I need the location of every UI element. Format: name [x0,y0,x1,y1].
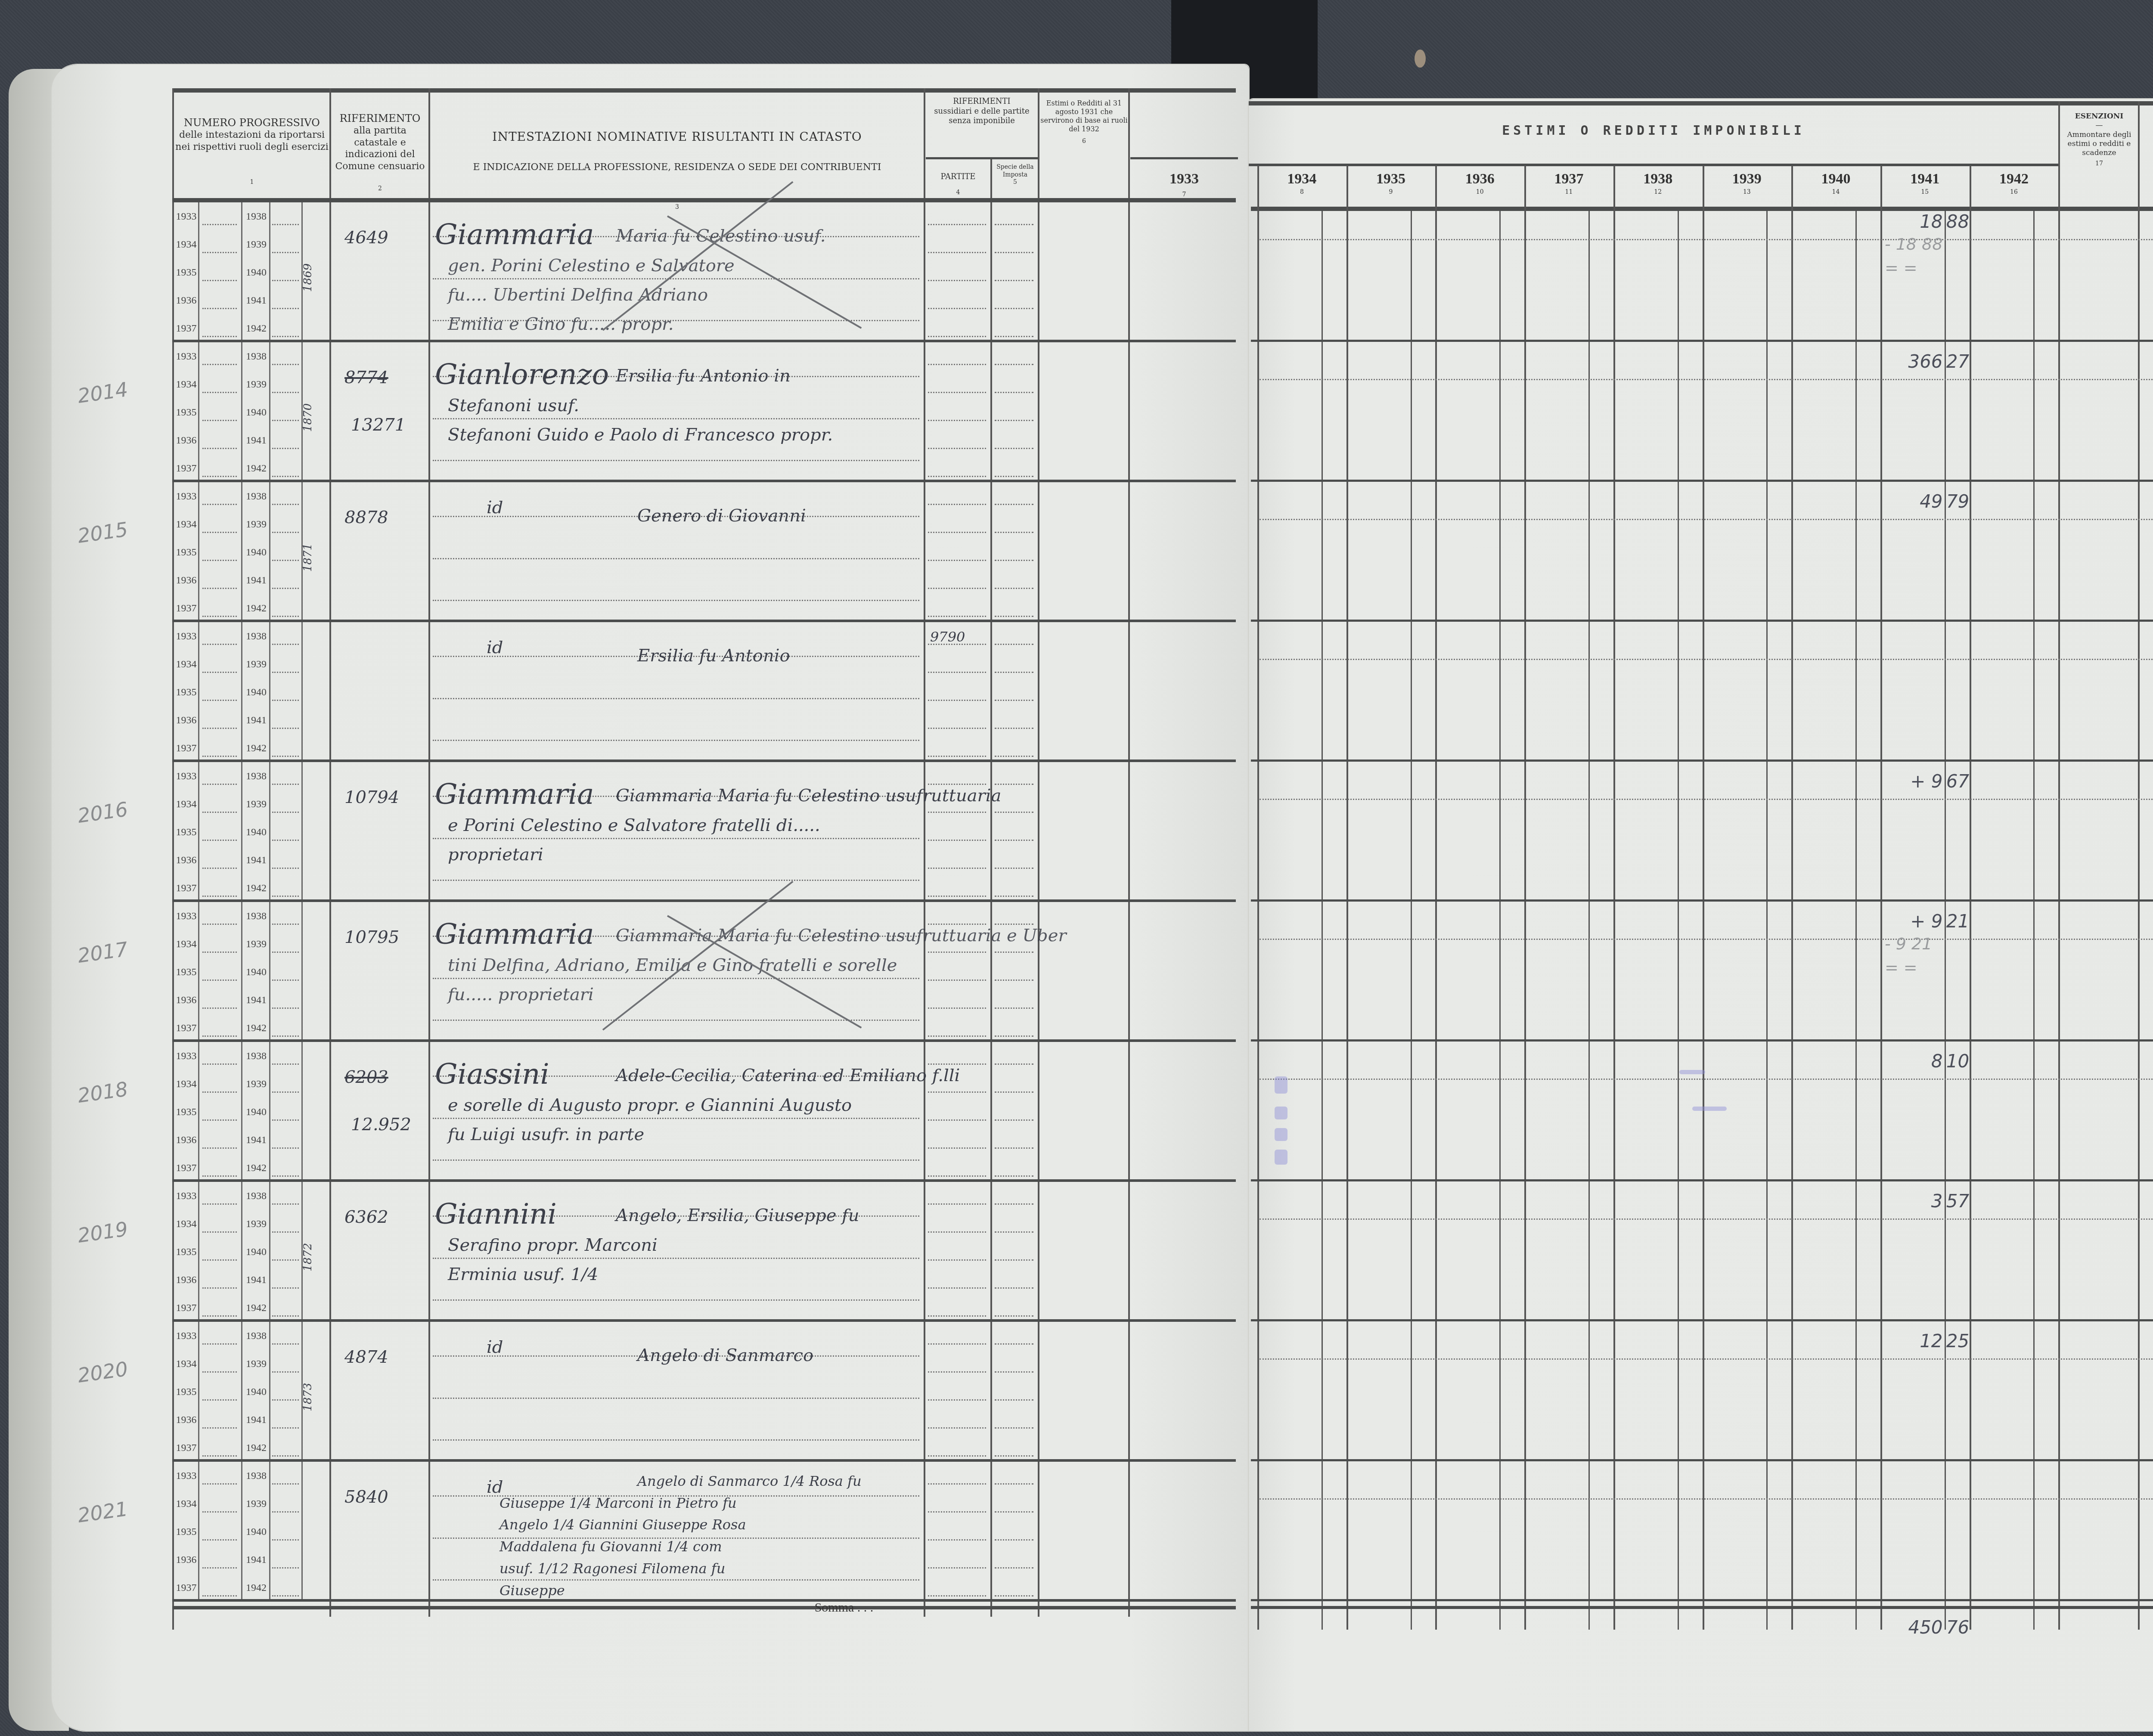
writing-line [433,838,919,839]
year-cell: 1939 [243,939,269,950]
totals-rule [1251,1606,2153,1609]
year-label: 1939 [1703,170,1792,189]
dotted-line [995,252,1033,253]
dotted-line [272,448,299,449]
dotted-line [995,784,1033,785]
year-cell: 1940 [243,1246,269,1258]
sub-rule [1130,157,1238,159]
dotted-line [928,1427,986,1429]
dotted-line [995,1063,1033,1065]
violet-ink-mark [1275,1128,1287,1141]
value-cents: 10 [1946,1051,1969,1072]
cents-divider [1678,211,1679,1630]
dotted-line [995,1119,1033,1121]
partita-reference: 4874 [344,1347,388,1367]
dotted-line [202,364,237,365]
violet-ink-mark [1679,1070,1705,1074]
dotted-line [202,1343,237,1345]
side-reference: 1870 [301,403,314,432]
cents-divider [1945,211,1946,1630]
writing-line [433,278,919,279]
dotted-line [995,1091,1033,1093]
dotted-line [202,896,237,897]
dotted-line [202,644,237,645]
partita-reference: 6203 [344,1067,388,1087]
side-reference: 1869 [301,263,314,292]
owner-detail-line: fu..... proprietari [448,985,594,1004]
row-separator [1251,480,2153,482]
writing-line [433,418,919,419]
left-border [172,88,174,1630]
dotted-line [202,1371,237,1373]
year-column-header: 19359 [1346,170,1436,196]
dotted-line [202,1287,237,1289]
year-cell: 1935 [174,687,198,698]
year-cell: 1939 [243,1218,269,1230]
dotted-line [272,1427,299,1429]
dotted-line [272,1287,299,1289]
dotted-line [928,1008,986,1009]
violet-ink-mark [1275,1107,1287,1119]
value-lire: 18 [1880,211,1943,232]
year-cell: 1941 [243,1414,269,1426]
pencil-calculation: = = [1885,258,1917,277]
dotted-line [928,532,986,533]
dotted-line [272,1371,299,1373]
row-separator [1251,1599,2153,1601]
dotted-line [202,616,237,617]
dotted-line [995,1539,1033,1541]
dotted-line [928,1315,986,1317]
side-reference: 1872 [301,1243,314,1271]
year-cell: 1936 [174,1274,198,1286]
writing-line [433,1258,919,1259]
owner-detail-line: Angelo, Ersilia, Giuseppe fu [616,1206,859,1225]
row-separator [1251,899,2153,902]
dotted-line [272,980,299,981]
dotted-line [272,1203,299,1205]
dotted-line [272,560,299,561]
dotted-line [202,280,237,281]
year-cell: 1934 [174,519,198,530]
dotted-line [202,224,237,225]
dotted-line [272,1483,299,1485]
year-cell: 1942 [243,1302,269,1314]
dotted-line [1260,519,2153,520]
year-label: 1940 [1791,170,1880,189]
value-lire: 8 [1880,1051,1943,1072]
row-separator [1251,1179,2153,1181]
year-cell: 1937 [174,1302,198,1314]
side-reference: 1871 [301,543,314,572]
total-lire: 450 [1880,1617,1943,1638]
year-cell: 1938 [243,211,269,223]
dotted-line [928,1567,986,1569]
owner-detail-line: e sorelle di Augusto propr. e Giannini A… [448,1095,852,1115]
header-riferimenti: RIFERIMENTI sussidiari e delle partite s… [926,97,1038,126]
dotted-line [272,1567,299,1569]
year-cell: 1939 [243,1079,269,1090]
entry-separator [172,480,1236,482]
dotted-line [272,280,299,281]
year-cell: 1941 [243,995,269,1006]
header-annotazioni: ANNOTAZIONI 18 [2140,146,2153,207]
col-divider [1346,166,1348,1630]
col-divider [1880,166,1882,1630]
dotted-line [928,420,986,421]
dotted-line [272,1399,299,1401]
year-cell: 1933 [174,771,198,782]
dotted-line [272,504,299,505]
year-cell: 1935 [174,1107,198,1118]
dotted-line [995,1371,1033,1373]
dotted-line [1260,659,2153,660]
dotted-line [995,588,1033,589]
year-label: 1942 [1970,170,2059,189]
year-cell: 1935 [174,547,198,558]
value-cents: 67 [1946,771,1969,792]
total-cents: 76 [1946,1617,1969,1638]
cents-divider [1766,211,1768,1630]
value-cents: 25 [1946,1330,1969,1352]
dotted-line [202,952,237,953]
dotted-line [928,504,986,505]
row-separator [1251,620,2153,622]
year-cell: 1937 [174,1023,198,1034]
header-specie-imposta: Specie della Imposta 5 [993,164,1038,186]
dotted-line [995,1147,1033,1149]
dotted-line [272,924,299,925]
dotted-line [202,784,237,785]
dotted-line [272,700,299,701]
owner-detail-line: proprietari [448,845,543,865]
dotted-line [928,336,986,337]
sub-rule [1249,164,2058,166]
year-cell: 1938 [243,1330,269,1342]
dotted-line [928,1091,986,1093]
year-cell: 1939 [243,799,269,810]
violet-ink-mark [1275,1150,1287,1165]
owner-detail-line: Maria fu Celestino usuf. [616,226,825,246]
dotted-line [202,812,237,813]
dotted-line [928,1399,986,1401]
entry-separator [172,759,1236,762]
cents-divider [1322,211,1323,1630]
dotted-line [928,476,986,477]
owner-detail-line: Emilia e Gino fu..... propr. [448,314,673,334]
dotted-line [995,1008,1033,1009]
dotted-line [202,1455,237,1457]
value-lire: 366 [1880,351,1943,372]
year-cell: 1938 [243,1470,269,1482]
dotted-line [202,252,237,253]
dotted-line [995,1399,1033,1401]
dotted-line [202,1427,237,1429]
owner-detail-line: Giuseppe [499,1582,565,1599]
column-number: 9 [1346,189,1436,196]
col-divider [1435,166,1437,1630]
year-cell: 1934 [174,659,198,670]
dotted-line [272,896,299,897]
dotted-line [928,728,986,729]
owner-detail-line: gen. Porini Celestino e Salvatore [448,256,735,276]
year-cell: 1942 [243,883,269,894]
dotted-line [272,532,299,533]
year-column-header: 194216 [1970,170,2059,196]
dotted-line [995,336,1033,337]
year-cell: 1935 [174,1246,198,1258]
year-cell: 1937 [174,323,198,335]
dotted-line [928,224,986,225]
year-cell: 1941 [243,855,269,866]
dotted-line [202,728,237,729]
col-divider [1970,166,1971,1630]
owner-detail-line: Serafino propr. Marconi [448,1235,658,1255]
year-cell: 1933 [174,1330,198,1342]
year-cell: 1936 [174,1135,198,1146]
dotted-line [272,392,299,393]
header-estimi-1931: Estimi o Redditi al 31 agosto 1931 che s… [1040,99,1128,146]
dotted-line [202,756,237,757]
cents-divider [1855,211,1857,1630]
owner-detail-line: Angelo 1/4 Giannini Giuseppe Rosa [499,1516,746,1533]
dotted-line [928,784,986,785]
value-cents: 27 [1946,351,1969,372]
somma-label: Somma . . . [775,1600,913,1616]
entry-separator [172,1319,1236,1322]
year-cell: 1935 [174,827,198,838]
dotted-line [995,1455,1033,1457]
year-label: 1935 [1346,170,1436,189]
year-cell: 1939 [243,379,269,391]
col-divider [1613,166,1615,1630]
totals-rule [172,1606,1236,1609]
dotted-line [272,1315,299,1317]
header-numero-progressivo: NUMERO PROGRESSIVO delle intestazioni da… [174,116,329,186]
owner-surname: id [487,1477,503,1497]
dotted-line [202,1091,237,1093]
owner-surname: Giannini [435,1197,557,1231]
partita-reference: 5840 [344,1487,388,1507]
header-esenzioni: ESENZIONI — Ammontare degli estimi o red… [2060,112,2138,168]
column-number: 10 [1435,189,1524,196]
right-header-bottom-rule [1251,207,2153,211]
year-cell: 1942 [243,1023,269,1034]
year-column-header: 194115 [1880,170,1970,196]
row-separator [1251,1039,2153,1042]
value-cents: 57 [1946,1190,1969,1212]
year-cell: 1936 [174,295,198,307]
owner-surname: id [487,638,503,657]
sub-rule [926,157,1038,159]
owner-detail-line: e Porini Celestino e Salvatore fratelli … [448,815,820,835]
dotted-line [928,672,986,673]
owner-detail-line: usuf. 1/12 Ragonesi Filomena fu [499,1560,725,1577]
dotted-line [1260,1079,2153,1080]
owner-surname: Giammaria [435,778,594,811]
dotted-line [995,1259,1033,1261]
partita-reference-new: 13271 [351,415,406,435]
dotted-line [202,1259,237,1261]
year-cell: 1942 [243,1442,269,1454]
entry-separator [172,620,1236,622]
year-cell: 1938 [243,491,269,502]
year-cell: 1939 [243,519,269,530]
dotted-line [928,1231,986,1233]
year-cell: 1941 [243,1554,269,1566]
owner-detail-line: Genero di Giovanni [637,506,806,526]
dotted-line [995,308,1033,309]
dotted-line [995,1287,1033,1289]
dotted-line [928,1119,986,1121]
dotted-line [202,980,237,981]
dotted-line [928,1539,986,1541]
dotted-line [202,1231,237,1233]
dotted-line [928,812,986,813]
dotted-line [995,1567,1033,1569]
col-divider [1791,166,1793,1630]
partita-reference: 6362 [344,1207,388,1227]
dotted-line [995,1035,1033,1037]
year-cell: 1933 [174,491,198,502]
dotted-line [1260,1358,2153,1360]
dotted-line [995,532,1033,533]
dotted-line [928,308,986,309]
cents-divider [1411,211,1412,1630]
value-cents: 21 [1946,911,1969,932]
violet-ink-mark [1692,1107,1727,1111]
dotted-line [202,1399,237,1401]
dotted-line [202,1175,237,1177]
dotted-line [995,280,1033,281]
year-cell: 1940 [243,687,269,698]
dotted-line [202,700,237,701]
owner-detail-line: fu Luigi usufr. in parte [448,1125,644,1144]
year-cell: 1941 [243,1274,269,1286]
dotted-line [928,1343,986,1345]
dotted-line [928,952,986,953]
dotted-line [272,1539,299,1541]
year-cell: 1940 [243,267,269,279]
entry-separator [172,1039,1236,1042]
year-cell: 1935 [174,1386,198,1398]
dotted-line [272,840,299,841]
year-column-header: 19348 [1257,170,1346,196]
dotted-line [272,1455,299,1457]
owner-surname: id [487,498,503,518]
writing-line [433,1439,919,1441]
writing-line [433,1398,919,1399]
year-cell: 1942 [243,323,269,335]
writing-line [433,1118,919,1119]
dotted-line [272,308,299,309]
dotted-line [995,840,1033,841]
dotted-line [202,868,237,869]
dotted-line [928,1063,986,1065]
writing-line [433,978,919,979]
dotted-line [272,812,299,813]
dotted-line [928,1035,986,1037]
dotted-line [928,1147,986,1149]
dotted-line [995,756,1033,757]
year-cell: 1936 [174,575,198,586]
year-cell: 1936 [174,1414,198,1426]
year-cell: 1940 [243,827,269,838]
dotted-line [272,224,299,225]
dotted-line [272,644,299,645]
year-cell: 1939 [243,659,269,670]
year-cell: 1934 [174,239,198,251]
year-cell: 1941 [243,435,269,446]
dotted-line [272,784,299,785]
column-number: 11 [1524,189,1613,196]
dotted-line [928,616,986,617]
year-column-header: 193913 [1703,170,1792,196]
writing-line [433,1299,919,1301]
col-divider [329,88,331,1617]
year-cell: 1934 [174,939,198,950]
dotted-line [995,924,1033,925]
year-label: 1937 [1524,170,1613,189]
dotted-line [995,952,1033,953]
dotted-line [995,364,1033,365]
row-separator [1251,759,2153,762]
dotted-line [272,728,299,729]
col-divider [2138,101,2140,1630]
dotted-line [202,448,237,449]
dotted-line [995,812,1033,813]
year-cell: 1937 [174,743,198,754]
dotted-line [272,672,299,673]
year-column-header: 193711 [1524,170,1613,196]
dotted-line [272,1231,299,1233]
dotted-line [995,700,1033,701]
partita-reference: 4649 [344,228,388,248]
header-riferimento: RIFERIMENTO alla partita catastale e ind… [332,112,428,193]
year-cell: 1938 [243,911,269,922]
value-lire: 3 [1880,1190,1943,1212]
year-cell: 1940 [243,1526,269,1538]
right-page [1249,99,2153,1731]
dotted-line [995,616,1033,617]
writing-line [433,600,919,601]
owner-surname: id [487,1337,503,1357]
dotted-line [928,392,986,393]
dotted-line [202,1203,237,1205]
owner-detail-line: tini Delfina, Adriano, Emilia e Gino fra… [448,955,897,975]
col-divider [241,202,242,1602]
dotted-line [202,1511,237,1513]
binding-pin [1415,50,1426,68]
year-cell: 1937 [174,883,198,894]
year-cell: 1933 [174,1051,198,1062]
writing-line [433,1159,919,1161]
dotted-line [202,840,237,841]
dotted-line [202,1119,237,1121]
value-lire: 12 [1880,1330,1943,1352]
dotted-line [202,1539,237,1541]
cents-divider [2033,211,2035,1630]
dotted-line [995,392,1033,393]
dotted-line [272,756,299,757]
dotted-line [272,1091,299,1093]
col-divider [924,88,925,1617]
year-cell: 1942 [243,1582,269,1594]
pencil-calculation: = = [1885,958,1917,977]
row-separator [1251,1459,2153,1461]
owner-surname: Gianlorenzo [435,358,609,391]
dotted-line [995,1175,1033,1177]
